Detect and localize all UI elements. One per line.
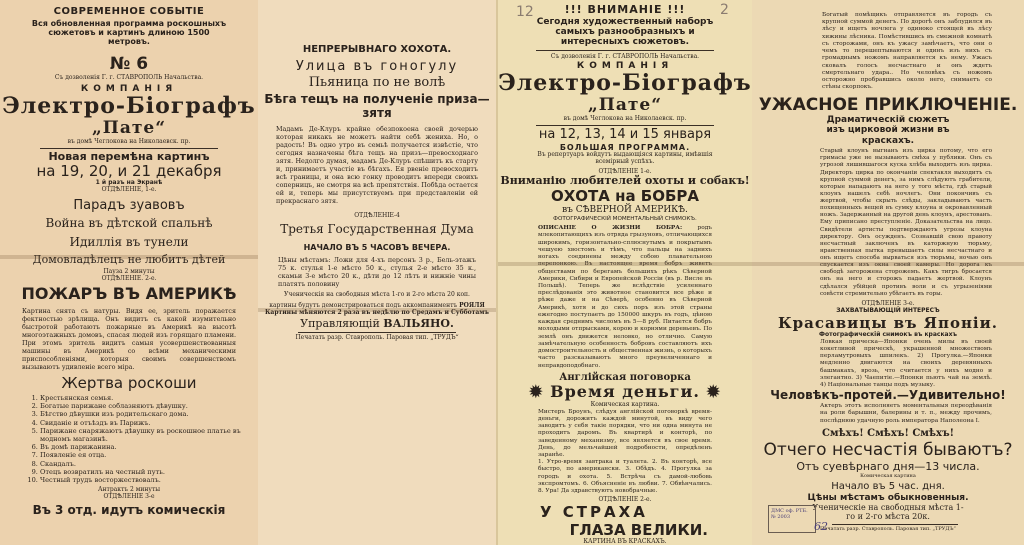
proteus-text: Актеръ этотъ исполняетъ моментальныя пер… xyxy=(752,403,1024,425)
story: Мадамъ Де-Клуръ крайне обезпокоена своей… xyxy=(258,125,496,205)
printer: Печатать разр. Ставрополь. Паровая тип. … xyxy=(258,335,496,342)
comic: Комическая картина xyxy=(752,474,1024,480)
list-item: Честный трудъ восторжествовалъ. xyxy=(40,476,258,484)
manager: ВАЛЬЯНО. xyxy=(383,317,454,330)
japan-text: Ловкая прическа—Японки очень милы въ сво… xyxy=(752,339,1024,390)
address: въ домѣ Чеглокова на Николаевск. пр. xyxy=(498,116,752,123)
handwritten-number: 62 xyxy=(814,520,828,533)
dates: на 19, 20, и 21 декабря xyxy=(0,163,258,180)
japan-title: Красавицы въ Японіи. xyxy=(752,315,1024,332)
brand-name: „Пате“ xyxy=(498,96,752,116)
prices: Цѣны мѣстамъ обыкновенныя. xyxy=(752,493,1024,503)
laugh: Смѣхъ! Смѣхъ! Смѣхъ! xyxy=(752,428,1024,440)
duma: Третья Государственная Дума xyxy=(258,223,496,237)
fold-line xyxy=(752,262,1024,266)
victim-list: Крестьянская семья. Богатые парижане соб… xyxy=(0,394,258,485)
start-time: Начало въ 5 час. дня. xyxy=(752,481,1024,493)
list-item: Парижане снаряжаютъ дѣвушку въ роскошное… xyxy=(40,427,258,443)
list-item: Въ домѣ парижанина. xyxy=(40,443,258,451)
handwritten-number: 12 xyxy=(516,4,534,20)
sun-ornament-icon: ✹ xyxy=(529,382,543,401)
poster-sheet-2: НЕПРЕРЫВНАГО ХОХОТА. Улица въ гоногулу П… xyxy=(258,0,496,545)
prices: Цѣны мѣстамъ: Ложи для 4-хъ персонъ 3 р.… xyxy=(258,256,496,288)
poster-sheet-1: СОВРЕМЕННОЕ СОБЫТІЕ Вся обновленная прог… xyxy=(0,0,258,545)
time-money-title: ✹ Время деньги. ✹ xyxy=(498,383,752,401)
list-item: Богатые парижане соблазняютъ дѣвушку. xyxy=(40,402,258,410)
start-time: НАЧАЛО ВЪ 5 ЧАСОВЪ ВЕЧЕРА. xyxy=(258,243,496,252)
archive-stamp: ДМС оф. РТБ. № 2003 xyxy=(768,505,816,533)
list-item: Появленіе ея отца. xyxy=(40,451,258,459)
footer: Въ 3 отд. идутъ комическія xyxy=(0,504,258,518)
poster-sheet-4: Богатый помѣщикъ отправляется въ городъ … xyxy=(752,0,1024,545)
victim-title: Жертва роскоши xyxy=(0,375,258,392)
manager-line: Управляющій ВАЛЬЯНО. xyxy=(258,318,496,331)
section-4: ОТДѢЛЕНІЕ-4 xyxy=(258,213,496,220)
header: СОВРЕМЕННОЕ СОБЫТІЕ xyxy=(0,6,258,18)
number: № 6 xyxy=(0,55,258,75)
section-2: ОТДѢЛЕНІЕ. 2-е. xyxy=(0,276,258,283)
students: Ученическія на свободныя мѣста 1-го и 2-… xyxy=(258,292,496,299)
address: въ домѣ Чеглокова на Николаевск. пр. xyxy=(0,139,258,146)
north-america: въ СѢВЕРНОЙ АМЕРИКѢ. xyxy=(498,205,752,215)
permit: Съ дозволенія Г. г. СТАВРОПОЛЬ Начальств… xyxy=(0,75,258,82)
clown-text: Старый клоунъ выгнанъ изъ цирка потому, … xyxy=(752,148,1024,298)
film-3: Идиллія въ тунели xyxy=(0,236,258,250)
list-item: Отецъ возвратилъ на честный путь. xyxy=(40,468,258,476)
section-3: ОТДѢЛЕНІЕ 3-е xyxy=(0,494,258,501)
title: НЕПРЕРЫВНАГО ХОХОТА. xyxy=(258,44,496,56)
fire-title: ПОЖАРЪ ВЪ АМЕРИКѢ xyxy=(0,285,258,303)
poster-sheet-3: 12 2 !!! ВНИМАНІЕ !!! Сегодня художестве… xyxy=(496,0,752,545)
sun-ornament-icon: ✹ xyxy=(707,382,721,401)
story: Мистеръ Броунъ, слѣдуя англійской погово… xyxy=(498,409,752,460)
section-1: ОТДѢЛЕНІЕ, 1-е. xyxy=(0,187,258,194)
film-1: Парадъ зуавовъ xyxy=(0,199,258,214)
fold-line xyxy=(0,255,258,259)
repertoire: Въ репертуаръ войдутъ выдающіяся картины… xyxy=(498,152,752,166)
list-item: Скандалъ. xyxy=(40,460,258,468)
brand-name: „Пате“ xyxy=(0,119,258,139)
drama: Драматическій сюжетъ изъ цирковой жизни … xyxy=(752,115,1024,146)
film-1: Улица въ гоногулу xyxy=(258,60,496,75)
list-item: Свиданіе и отъѣздъ въ Парижъ. xyxy=(40,419,258,427)
film-2: Война въ дѣтской спальнѣ xyxy=(0,217,258,231)
film-3: Бѣга тещъ на полученіе приза—зятя xyxy=(258,93,496,121)
brand: Электро-Біографъ xyxy=(0,94,258,119)
beaver-title: ОХОТА на БОБРА xyxy=(498,188,752,205)
dates: на 12, 13, 14 и 15 января xyxy=(498,128,752,143)
list-item: Бѣгство дѣвушки изъ родительскаго дома. xyxy=(40,410,258,418)
superstition: Отъ суевѣрнаго дня—13 числа. xyxy=(752,461,1024,474)
japan-subtitle: Фотографическій снимокъ въ краскахъ xyxy=(752,332,1024,339)
proteus-title: Человѣкъ-протей.—Удивительно! xyxy=(752,389,1024,403)
episodes: 1. Утро-время завтрака и туалета. 2. Въ … xyxy=(498,459,752,495)
brand: Электро-Біографъ xyxy=(498,71,752,96)
fear-1: У СТРАХА xyxy=(498,504,752,521)
color: КАРТИНА ВЪ КРАСКАХЪ. xyxy=(498,539,752,545)
fold-line xyxy=(498,262,752,266)
beaver-text: ОПИСАНІЕ О ЖИЗНИ БОБРА: родъ млекопитающ… xyxy=(498,225,752,370)
photo: ФОТОГРАФИЧЕСКІЙ МОМЕНТАЛЬНЫЙ СНИМОКЪ. xyxy=(498,216,752,222)
top-text: Богатый помѣщикъ отправляется въ городъ … xyxy=(752,12,1024,92)
misfortune-title: Отчего несчастія бываютъ? xyxy=(752,441,1024,461)
film-2: Пьяница по не волѣ xyxy=(258,76,496,91)
attention: !!! ВНИМАНІЕ !!! xyxy=(498,4,752,17)
comic: Комическая картина. xyxy=(498,402,752,409)
handwritten-number: 2 xyxy=(720,2,729,18)
permit: Съ дозволенія Г. г. СТАВРОПОЛЬ Начальств… xyxy=(498,54,752,61)
fear-2: ГЛАЗА ВЕЛИКИ. xyxy=(498,522,752,539)
fire-text: Картина снята съ натуры. Видя ее, зрител… xyxy=(0,307,258,371)
list-item: Крестьянская семья. xyxy=(40,394,258,402)
intro: Вся обновленная программа роскошныхъ сюж… xyxy=(0,18,258,48)
adventure-title: УЖАСНОЕ ПРИКЛЮЧЕНІЕ. xyxy=(752,96,1024,116)
fold-line xyxy=(258,308,496,312)
intro: Сегодня художественный наборъ самыхъ раз… xyxy=(498,17,752,48)
